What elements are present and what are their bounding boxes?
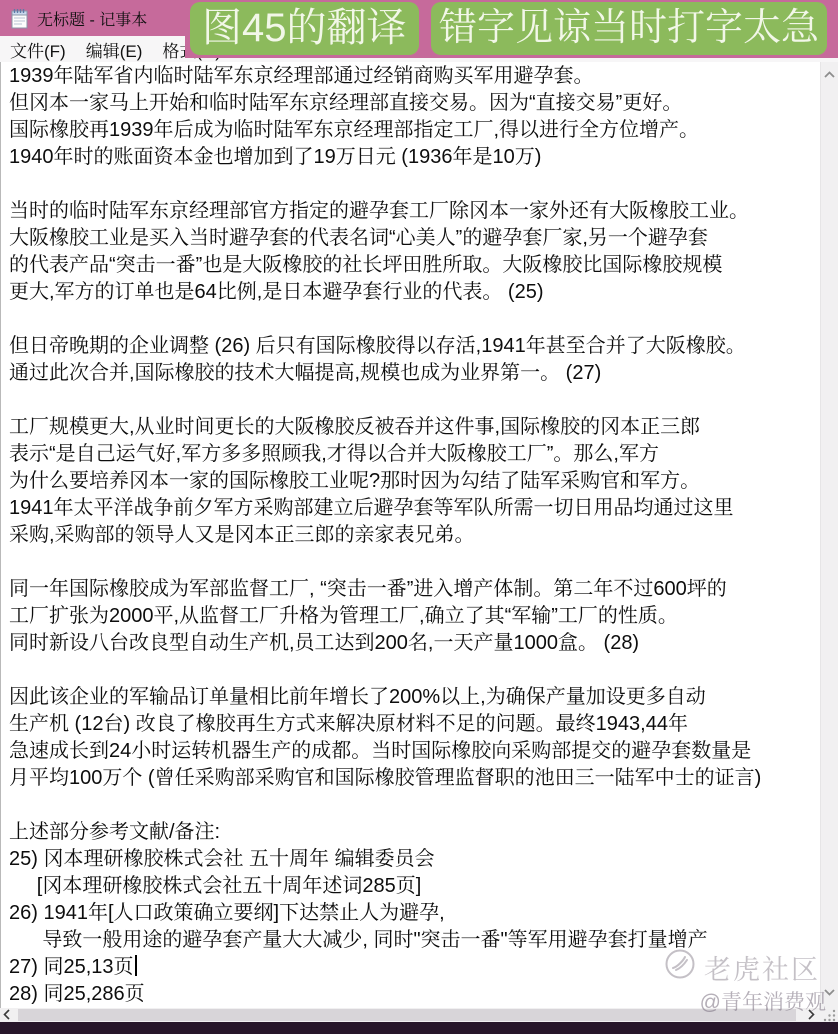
notepad-icon bbox=[10, 7, 30, 29]
text-line bbox=[9, 549, 818, 576]
text-line: [冈本理研橡胶株式会社五十周年述词285页] bbox=[9, 873, 818, 900]
text-line: 通过此次合并,国际橡胶的技术大幅提高,规模也成为业界第一。 (27) bbox=[9, 360, 818, 387]
text-line bbox=[9, 792, 818, 819]
banner-typo-apology: 错字见谅当时打字太急 bbox=[431, 2, 827, 55]
resize-grip[interactable] bbox=[820, 1008, 838, 1022]
bottom-strip bbox=[0, 1022, 838, 1034]
scroll-down-icon[interactable] bbox=[823, 984, 836, 1002]
text-line: 采购,采购部的领导人又是冈本正三郎的亲家表兄弟。 bbox=[9, 522, 818, 549]
text-line: 导致一般用途的避孕套产量大大减少, 同时"突击一番"等军用避孕套打量增产 bbox=[9, 927, 818, 954]
text-line: 生产机 (12台) 改良了橡胶再生方式来解决原材料不足的问题。最终1943,44… bbox=[9, 711, 818, 738]
text-line: 国际橡胶再1939年后成为临时陆军东京经理部指定工厂,得以进行全方位增产。 bbox=[9, 117, 818, 144]
menu-item-edit[interactable]: 编辑(E) bbox=[86, 37, 143, 62]
text-line: 更大,军方的订单也是64比例,是日本避孕套行业的代表。 (25) bbox=[9, 279, 818, 306]
text-line: 1939年陆军省内临时陆军东京经理部通过经销商购买军用避孕套。 bbox=[9, 63, 818, 90]
banner-figure-translation: 图45的翻译 bbox=[190, 2, 419, 55]
text-line bbox=[9, 657, 818, 684]
horizontal-scroll-thumb[interactable] bbox=[18, 1009, 796, 1021]
text-line: 表示“是自己运气好,军方多多照顾我,才得以合并大阪橡胶工厂”。那么,军方 bbox=[9, 441, 818, 468]
text-line: 同一年国际橡胶成为军部监督工厂, “突击一番”进入增产体制。第二年不过600坪的 bbox=[9, 576, 818, 603]
scroll-up-icon[interactable] bbox=[823, 67, 836, 85]
text-caret bbox=[135, 955, 137, 976]
text-line: 月平均100万个 (曾任采购部采购官和国际橡胶管理监督职的池田三一陆军中士的证言… bbox=[9, 765, 818, 792]
text-line: 28) 同25,286页 bbox=[9, 981, 818, 1008]
text-line: 同时新设八台改良型自动生产机,员工达到200名,一天产量1000盒。 (28) bbox=[9, 630, 818, 657]
text-line: 的代表产品“突击一番”也是大阪橡胶的社长坪田胜所取。大阪橡胶比国际橡胶规模 bbox=[9, 252, 818, 279]
text-line: 上述部分参考文献/备注: bbox=[9, 819, 818, 846]
text-line bbox=[9, 387, 818, 414]
text-line: 但日帝晚期的企业调整 (26) 后只有国际橡胶得以存活,1941年甚至合并了大阪… bbox=[9, 333, 818, 360]
text-line: 急速成长到24小时运转机器生产的成都。当时国际橡胶向采购部提交的避孕套数量是 bbox=[9, 738, 818, 765]
text-line: 26) 1941年[人口政策确立要纲]下达禁止人为避孕, bbox=[9, 900, 818, 927]
text-line: 工厂扩张为2000平,从监督工厂升格为管理工厂,确立了其“军输”工厂的性质。 bbox=[9, 603, 818, 630]
text-line: 当时的临时陆军东京经理部官方指定的避孕套工厂除冈本一家外还有大阪橡胶工业。 bbox=[9, 198, 818, 225]
text-line: 27) 同25,13页 bbox=[9, 954, 818, 981]
text-line: 因此该企业的军输品订单量相比前年增长了200%以上,为确保产量加设更多自动 bbox=[9, 684, 818, 711]
text-line: 但冈本一家马上开始和临时陆军东京经理部直接交易。因为“直接交易”更好。 bbox=[9, 90, 818, 117]
document-text[interactable]: 1939年陆军省内临时陆军东京经理部通过经销商购买军用避孕套。但冈本一家马上开始… bbox=[0, 62, 820, 1008]
text-line: 大阪橡胶工业是买入当时避孕套的代表名词“心美人”的避孕套厂家,另一个避孕套 bbox=[9, 225, 818, 252]
window-title: 无标题 - 记事本 bbox=[37, 7, 147, 30]
text-line: 25) 冈本理研橡胶株式会社 五十周年 编辑委员会 bbox=[9, 846, 818, 873]
text-line: 为什么要培养冈本一家的国际橡胶工业呢?那时因为勾结了陆军采购官和军方。 bbox=[9, 468, 818, 495]
text-line: 1940年时的账面资本金也增加到了19万日元 (1936年是10万) bbox=[9, 144, 818, 171]
text-line: 1941年太平洋战争前夕军方采购部建立后避孕套等军队所需一切日用品均通过这里 bbox=[9, 495, 818, 522]
text-line: 工厂规模更大,从业时间更长的大阪橡胶反被吞并这件事,国际橡胶的冈本正三郎 bbox=[9, 414, 818, 441]
text-line bbox=[9, 306, 818, 333]
text-line bbox=[9, 171, 818, 198]
vertical-scrollbar[interactable] bbox=[820, 62, 838, 1008]
menu-item-file[interactable]: 文件(F) bbox=[10, 37, 66, 62]
horizontal-scrollbar[interactable] bbox=[0, 1008, 820, 1022]
